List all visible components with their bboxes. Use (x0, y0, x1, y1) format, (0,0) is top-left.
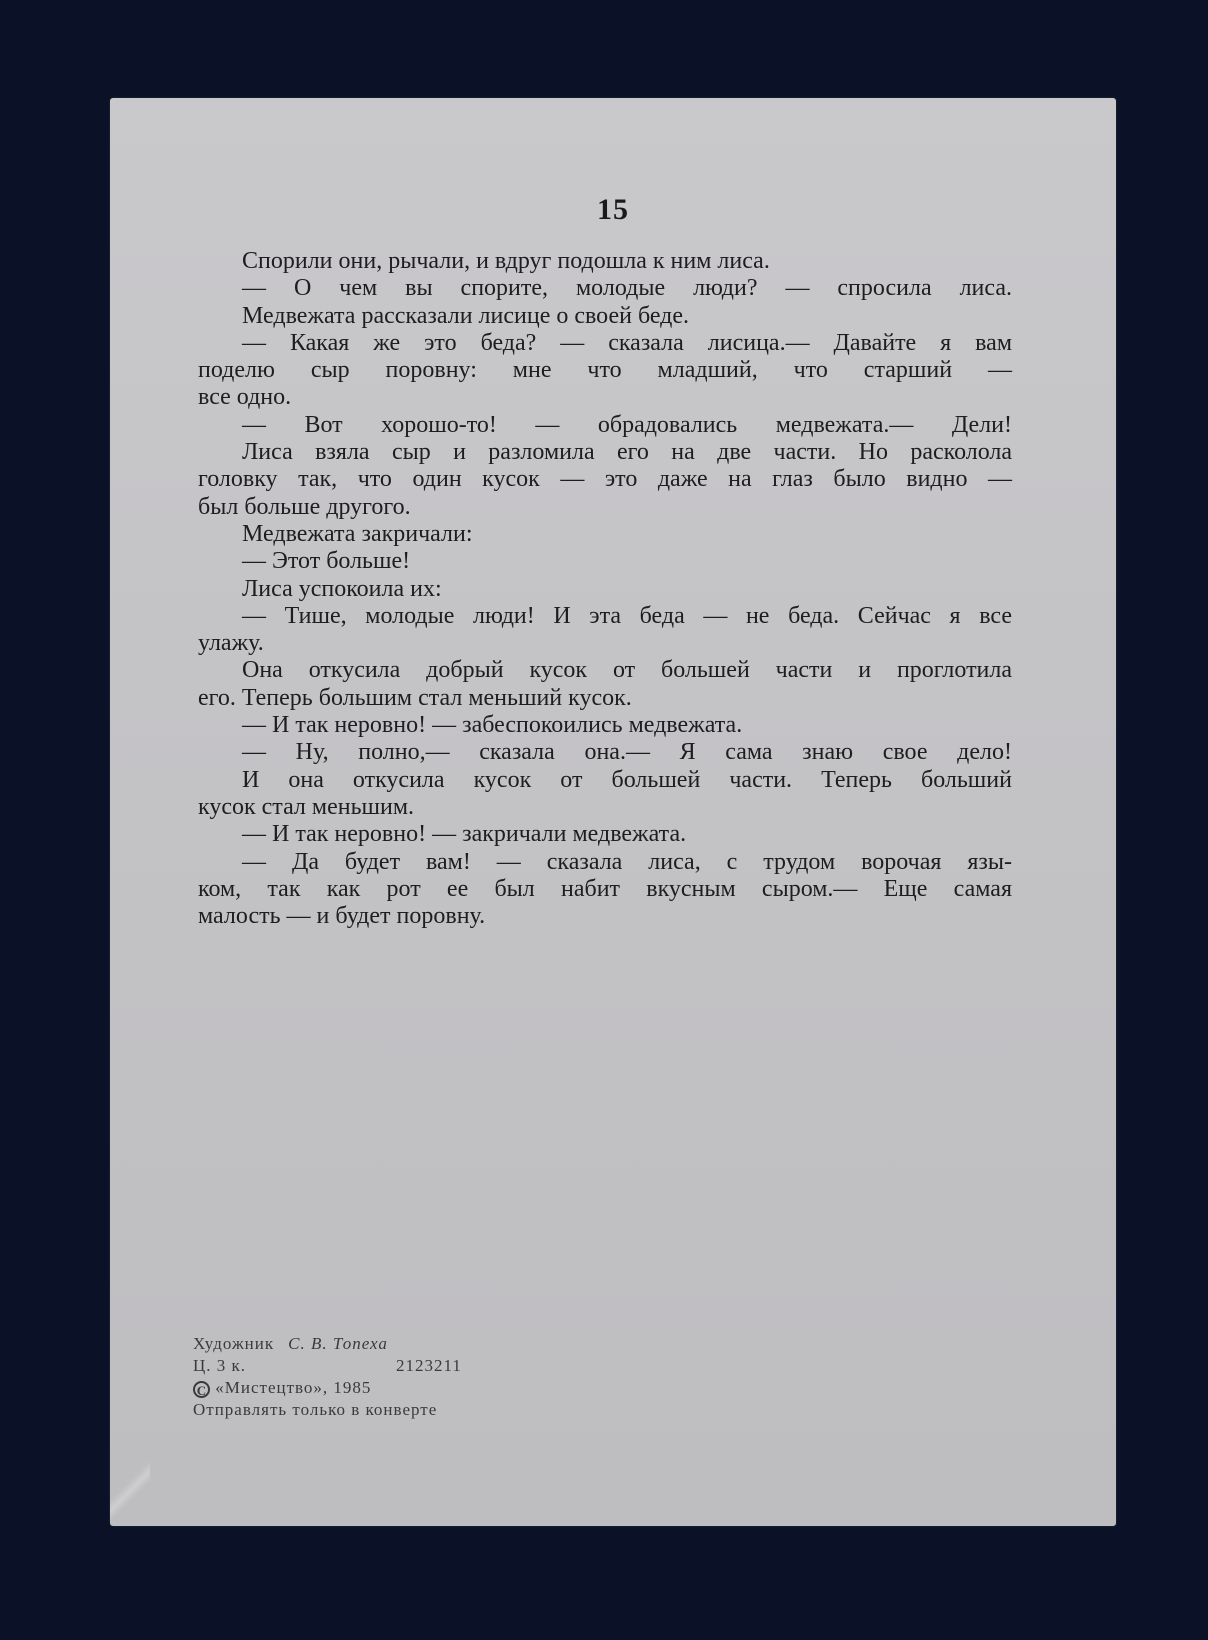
text-line: — Какая же это беда? — сказала лисица.— … (198, 330, 1012, 357)
text-line: кусок стал меньшим. (198, 794, 1012, 821)
text-line: ком, так как рот ее был набит вкусным сы… (198, 876, 1012, 903)
print-code: 2123211 (396, 1356, 462, 1375)
text-line: — Вот хорошо-то! — обрадовались медвежат… (198, 412, 1012, 439)
price: Ц. 3 к. (193, 1356, 246, 1375)
text-line: Медвежата рассказали лисице о своей беде… (198, 303, 1012, 330)
text-line: И она откусила кусок от большей части. Т… (198, 767, 1012, 794)
worn-corner (110, 1456, 150, 1526)
text-line: его. Теперь большим стал меньший кусок. (198, 685, 1012, 712)
page-number: 15 (110, 193, 1116, 227)
text-line: все одно. (198, 384, 1012, 411)
artist-credit: ХудожникС. В. Топеха (193, 1333, 462, 1355)
postcard-back: 15 Спорили они, рычали, и вдруг подошла … (110, 98, 1116, 1526)
text-line: — Тише, молодые люди! И эта беда — не бе… (198, 603, 1012, 630)
text-line: Она откусила добрый кусок от большей час… (198, 657, 1012, 684)
artist-label: Художник (193, 1334, 274, 1353)
text-line: был больше другого. (198, 494, 1012, 521)
text-line: поделю сыр поровну: мне что младший, что… (198, 357, 1012, 384)
copyright-icon: C (193, 1381, 210, 1398)
text-line: Спорили они, рычали, и вдруг подошла к н… (198, 248, 1012, 275)
copyright-row: C «Мистецтво», 1985 (193, 1377, 462, 1399)
text-line: улажу. (198, 630, 1012, 657)
story-text: Спорили они, рычали, и вдруг подошла к н… (198, 248, 1012, 930)
text-line: малость — и будет поровну. (198, 903, 1012, 930)
text-line: — Да будет вам! — сказала лиса, с трудом… (198, 849, 1012, 876)
text-line: Лиса успокоила их: (198, 576, 1012, 603)
text-line: Медвежата закричали: (198, 521, 1012, 548)
price-row: Ц. 3 к.2123211 (193, 1355, 462, 1377)
publisher-imprint: ХудожникС. В. Топеха Ц. 3 к.2123211 C «М… (193, 1333, 462, 1421)
publisher-year: «Мистецтво», 1985 (215, 1378, 371, 1397)
text-line: — И так неровно! — забеспокоились медвеж… (198, 712, 1012, 739)
text-line: — Ну, полно,— сказала она.— Я сама знаю … (198, 739, 1012, 766)
text-line: — Этот больше! (198, 548, 1012, 575)
artist-name: С. В. Топеха (288, 1334, 388, 1353)
text-line: — И так неровно! — закричали медвежата. (198, 821, 1012, 848)
text-line: Лиса взяла сыр и разломила его на две ча… (198, 439, 1012, 466)
text-line: головку так, что один кусок — это даже н… (198, 466, 1012, 493)
text-line: — О чем вы спорите, молодые люди? — спро… (198, 275, 1012, 302)
mailing-note: Отправлять только в конверте (193, 1399, 462, 1421)
